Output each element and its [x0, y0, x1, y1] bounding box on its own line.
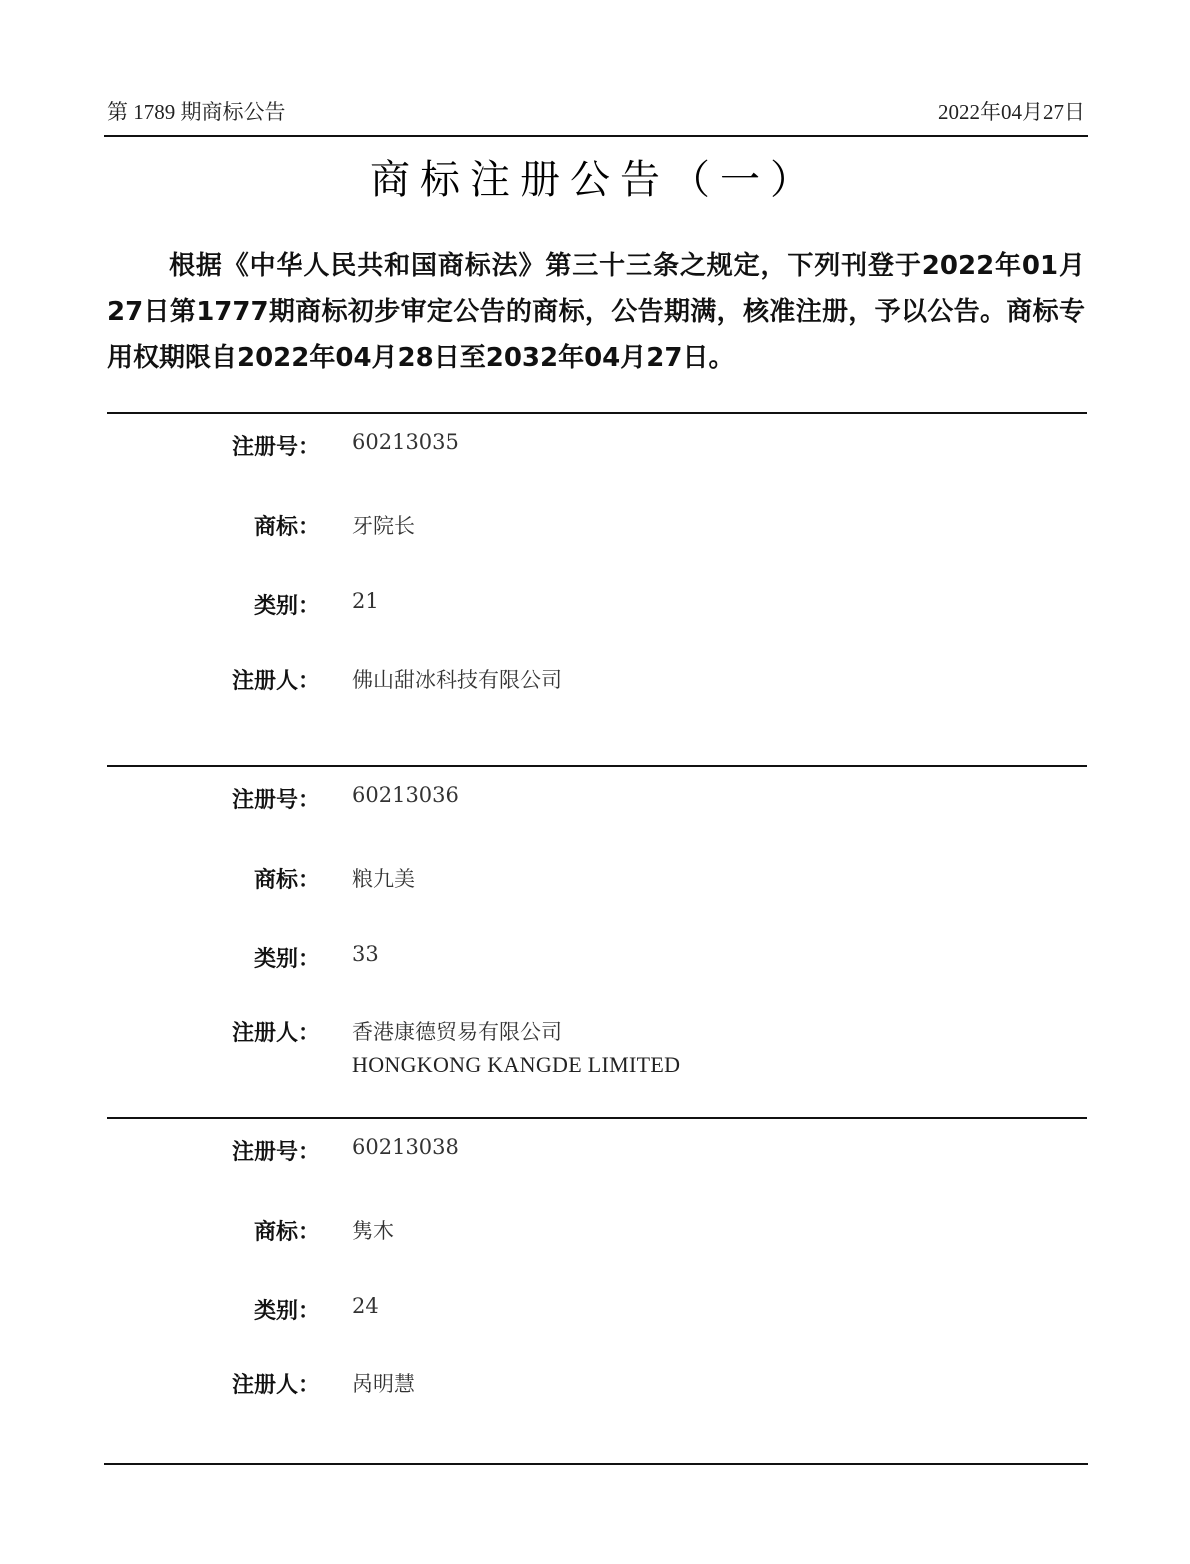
class-value: 24 [352, 1294, 379, 1318]
mark-value: 粮九美 [352, 863, 415, 893]
intro-paragraph: 根据《中华人民共和国商标法》第三十三条之规定，下列刊登于2022年01月27日第… [107, 243, 1085, 381]
document-page: 第 1789 期商标公告 2022年04月27日 商标注册公告（一） 根据《中华… [0, 0, 1190, 1564]
entry-divider [107, 765, 1087, 767]
class-label: 类别： [254, 942, 320, 973]
running-header: 第 1789 期商标公告 2022年04月27日 [107, 96, 1085, 128]
class-value: 21 [352, 589, 379, 613]
class-label: 类别： [254, 1294, 320, 1325]
page-title: 商标注册公告（一） [0, 148, 1190, 205]
registrant-value: 佛山甜冰科技有限公司 [352, 664, 562, 694]
issue-number: 第 1789 期商标公告 [107, 96, 286, 126]
registrant-label: 注册人： [232, 1368, 320, 1399]
mark-value: 牙院长 [352, 510, 415, 540]
reg-no-field: 注册号： 60213036 [0, 783, 1190, 823]
mark-label: 商标： [254, 863, 320, 894]
reg-no-field: 注册号： 60213035 [0, 430, 1190, 470]
registrant-field: 注册人： 呙明慧 [0, 1368, 1190, 1408]
registrant-field: 注册人： 佛山甜冰科技有限公司 [0, 664, 1190, 704]
publication-date: 2022年04月27日 [938, 96, 1085, 126]
mark-value: 隽木 [352, 1215, 394, 1245]
mark-field: 商标： 粮九美 [0, 863, 1190, 903]
header-divider [104, 135, 1088, 137]
reg-no-field: 注册号： 60213038 [0, 1135, 1190, 1175]
reg-no-value: 60213038 [352, 1135, 459, 1159]
registrant-value: 呙明慧 [352, 1368, 415, 1398]
footer-divider [104, 1463, 1088, 1465]
registrant-english-name: HONGKONG KANGDE LIMITED [352, 1052, 680, 1078]
registrant-label: 注册人： [232, 1016, 320, 1047]
registrant-field: 注册人： 香港康德贸易有限公司 HONGKONG KANGDE LIMITED [0, 1016, 1190, 1096]
reg-no-label: 注册号： [232, 1135, 320, 1166]
reg-no-label: 注册号： [232, 783, 320, 814]
class-field: 类别： 24 [0, 1294, 1190, 1334]
reg-no-label: 注册号： [232, 430, 320, 461]
class-value: 33 [352, 942, 379, 966]
entry-divider [107, 1117, 1087, 1119]
registrant-label: 注册人： [232, 664, 320, 695]
registrant-value: 香港康德贸易有限公司 [352, 1016, 562, 1046]
class-field: 类别： 21 [0, 589, 1190, 629]
mark-label: 商标： [254, 510, 320, 541]
reg-no-value: 60213035 [352, 430, 459, 454]
mark-field: 商标： 牙院长 [0, 510, 1190, 550]
reg-no-value: 60213036 [352, 783, 459, 807]
mark-field: 商标： 隽木 [0, 1215, 1190, 1255]
class-label: 类别： [254, 589, 320, 620]
entry-divider [107, 412, 1087, 414]
mark-label: 商标： [254, 1215, 320, 1246]
class-field: 类别： 33 [0, 942, 1190, 982]
